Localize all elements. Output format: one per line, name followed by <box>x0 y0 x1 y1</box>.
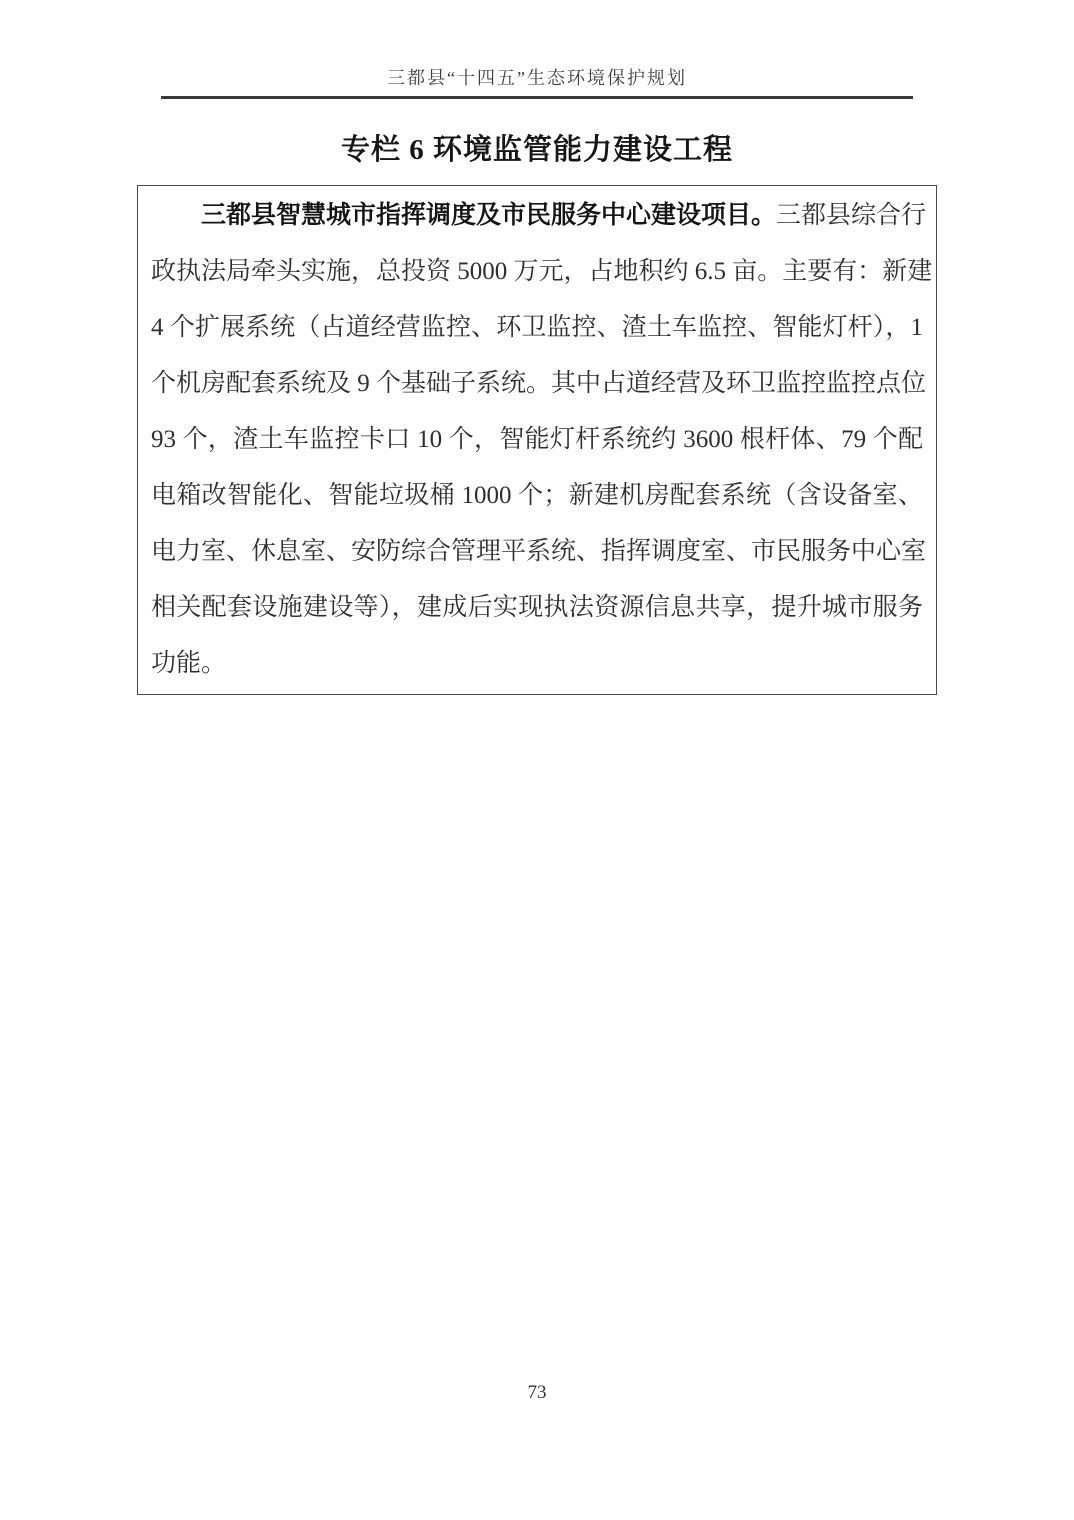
text-line: 相关配套设施建设等），建成后实现执法资源信息共享，提升城市服务 <box>151 580 923 636</box>
text-line: 三都县智慧城市指挥调度及市民服务中心建设项目。三都县综合行 <box>151 188 923 244</box>
line-text: 4 个扩展系统（占道经营监控、环卫监控、渣土车监控、智能灯杆），1 <box>151 314 923 341</box>
line-text: 功能。 <box>151 650 226 677</box>
line-text: 电力室、休息室、安防综合管理平系统、指挥调度室、市民服务中心室 <box>151 538 926 565</box>
text-line: 电箱改智能化、智能垃圾桶 1000 个；新建机房配套系统（含设备室、 <box>151 468 923 524</box>
page-footer: 73 <box>0 1382 1074 1404</box>
line-text: 电箱改智能化、智能垃圾桶 1000 个；新建机房配套系统（含设备室、 <box>151 482 923 509</box>
line-text: 个机房配套系统及 9 个基础子系统。其中占道经营及环卫监控监控点位 <box>151 370 926 397</box>
document-page: 三都县“十四五”生态环境保护规划 专栏 6 环境监管能力建设工程 三都县智慧城市… <box>0 0 1074 1520</box>
text-line: 电力室、休息室、安防综合管理平系统、指挥调度室、市民服务中心室 <box>151 524 923 580</box>
page-number: 73 <box>528 1382 547 1403</box>
section-title: 专栏 6 环境监管能力建设工程 <box>0 134 1074 167</box>
line-text: 三都县综合行 <box>776 202 926 229</box>
running-header-title: 三都县“十四五”生态环境保护规划 <box>387 68 687 88</box>
text-line: 4 个扩展系统（占道经营监控、环卫监控、渣土车监控、智能灯杆），1 <box>151 300 923 356</box>
line-text: 政执法局牵头实施，总投资 5000 万元，占地积约 6.5 亩。主要有：新建 <box>151 258 932 285</box>
line-text: 93 个，渣土车监控卡口 10 个，智能灯杆系统约 3600 根杆体、79 个配 <box>151 426 923 453</box>
text-line: 93 个，渣土车监控卡口 10 个，智能灯杆系统约 3600 根杆体、79 个配 <box>151 412 923 468</box>
text-line: 功能。 <box>151 636 923 692</box>
bold-lead-text: 三都县智慧城市指挥调度及市民服务中心建设项目。 <box>201 202 776 229</box>
line-text: 相关配套设施建设等），建成后实现执法资源信息共享，提升城市服务 <box>151 594 923 621</box>
page-header: 三都县“十四五”生态环境保护规划 <box>161 0 913 99</box>
project-text-box: 三都县智慧城市指挥调度及市民服务中心建设项目。三都县综合行政执法局牵头实施，总投… <box>137 185 937 695</box>
text-line: 个机房配套系统及 9 个基础子系统。其中占道经营及环卫监控监控点位 <box>151 356 923 412</box>
text-line: 政执法局牵头实施，总投资 5000 万元，占地积约 6.5 亩。主要有：新建 <box>151 244 923 300</box>
